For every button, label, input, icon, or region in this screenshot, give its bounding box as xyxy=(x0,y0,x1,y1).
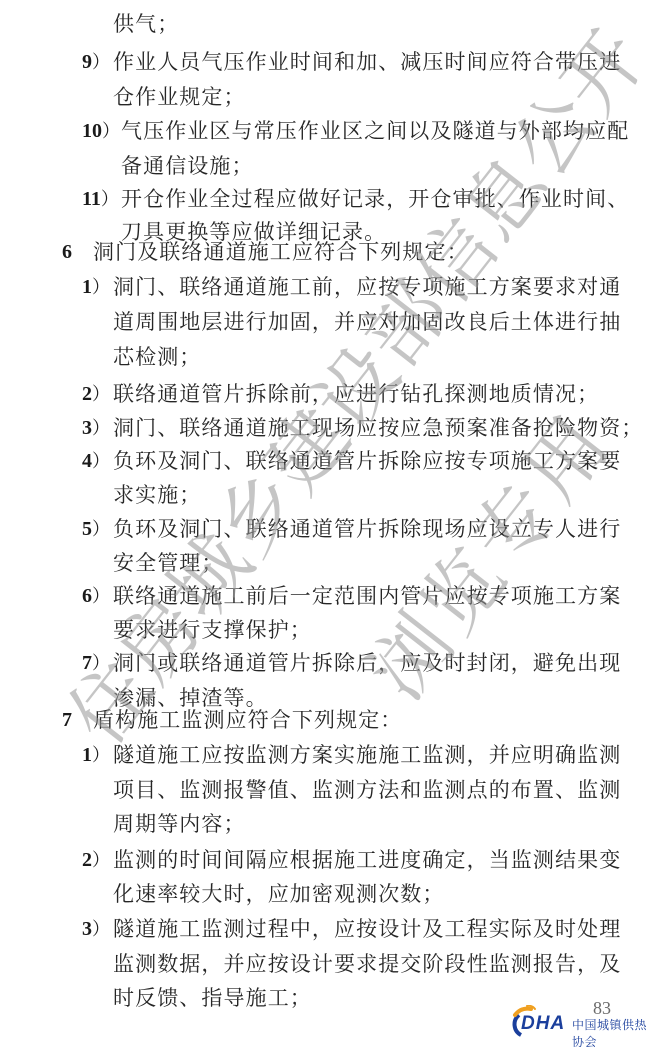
item-number: 4） xyxy=(82,449,110,474)
continuation-line: 项目、监测报警值、监测方法和监测点的布置、监测 xyxy=(113,778,621,802)
section-heading: 盾构施工监测应符合下列规定： xyxy=(93,708,402,732)
continuation-line: 化速率较大时，应加密观测次数； xyxy=(113,882,445,906)
logo-org-name: 中国城镇供热协会 xyxy=(572,1016,655,1047)
item-number: 2） xyxy=(82,848,110,873)
document-page: 供气；9）作业人员气压作业时间和加、减压时间应符合带压进仓作业规定；10）气压作… xyxy=(0,0,655,1047)
section-number: 7 xyxy=(62,708,72,732)
item-number: 2） xyxy=(82,382,110,407)
item-number: 11） xyxy=(82,187,119,212)
continuation-line: 仓作业规定； xyxy=(113,85,246,109)
continuation-line: 周期等内容； xyxy=(113,812,246,836)
list-item-text: 联络通道管片拆除前，应进行钻孔探测地质情况； xyxy=(113,382,599,406)
list-item-text: 联络通道施工前后一定范围内管片应按专项施工方案 xyxy=(113,584,621,608)
continuation-line: 时反馈、指导施工； xyxy=(113,986,312,1010)
continuation-line: 道周围地层进行加固，并应对加固改良后土体进行抽 xyxy=(113,310,621,334)
list-item-text: 洞门或联络通道管片拆除后，应及时封闭，避免出现 xyxy=(113,651,621,675)
list-item-text: 监测的时间间隔应根据施工进度确定，当监测结果变 xyxy=(113,848,621,872)
continuation-line: 安全管理； xyxy=(113,551,224,575)
item-number: 9） xyxy=(82,50,110,75)
list-item-text: 洞门、联络通道施工现场应按应急预案准备抢险物资； xyxy=(113,416,643,440)
list-item-text: 开仓作业全过程应做好记录，开仓审批、作业时间、 xyxy=(121,187,629,211)
continuation-line: 要求进行支撑保护； xyxy=(113,618,312,642)
item-number: 6） xyxy=(82,584,110,609)
continuation-line: 供气； xyxy=(113,12,179,36)
continuation-line: 监测数据，并应按设计要求提交阶段性监测报告，及 xyxy=(113,952,621,976)
item-number: 7） xyxy=(82,651,110,676)
list-item-text: 洞门、联络通道施工前，应按专项施工方案要求对通 xyxy=(113,275,621,299)
section-heading: 洞门及联络通道施工应符合下列规定： xyxy=(93,240,469,264)
list-item-text: 隧道施工应按监测方案实施施工监测，并应明确监测 xyxy=(113,743,621,767)
section-number: 6 xyxy=(62,240,72,264)
item-number: 10） xyxy=(82,119,120,144)
list-item-text: 气压作业区与常压作业区之间以及隧道与外部均应配 xyxy=(121,119,629,143)
continuation-line: 芯检测； xyxy=(113,345,201,369)
continuation-line: 求实施； xyxy=(113,483,201,507)
item-number: 1） xyxy=(82,275,110,300)
logo-dha-text: DHA xyxy=(521,1013,565,1035)
item-number: 5） xyxy=(82,517,110,542)
list-item-text: 负环及洞门、联络通道管片拆除现场应设立专人进行 xyxy=(113,517,621,541)
list-item-text: 负环及洞门、联络通道管片拆除应按专项施工方案要 xyxy=(113,449,621,473)
continuation-line: 备通信设施； xyxy=(121,154,254,178)
continuation-line: 渗漏、掉渣等。 xyxy=(113,686,268,710)
item-number: 1） xyxy=(82,743,110,768)
list-item-text: 作业人员气压作业时间和加、减压时间应符合带压进 xyxy=(113,50,621,74)
cdha-logo: DHA 中国城镇供热协会 xyxy=(507,1005,655,1041)
list-item-text: 隧道施工监测过程中，应按设计及工程实际及时处理 xyxy=(113,917,621,941)
item-number: 3） xyxy=(82,917,110,942)
item-number: 3） xyxy=(82,416,110,441)
